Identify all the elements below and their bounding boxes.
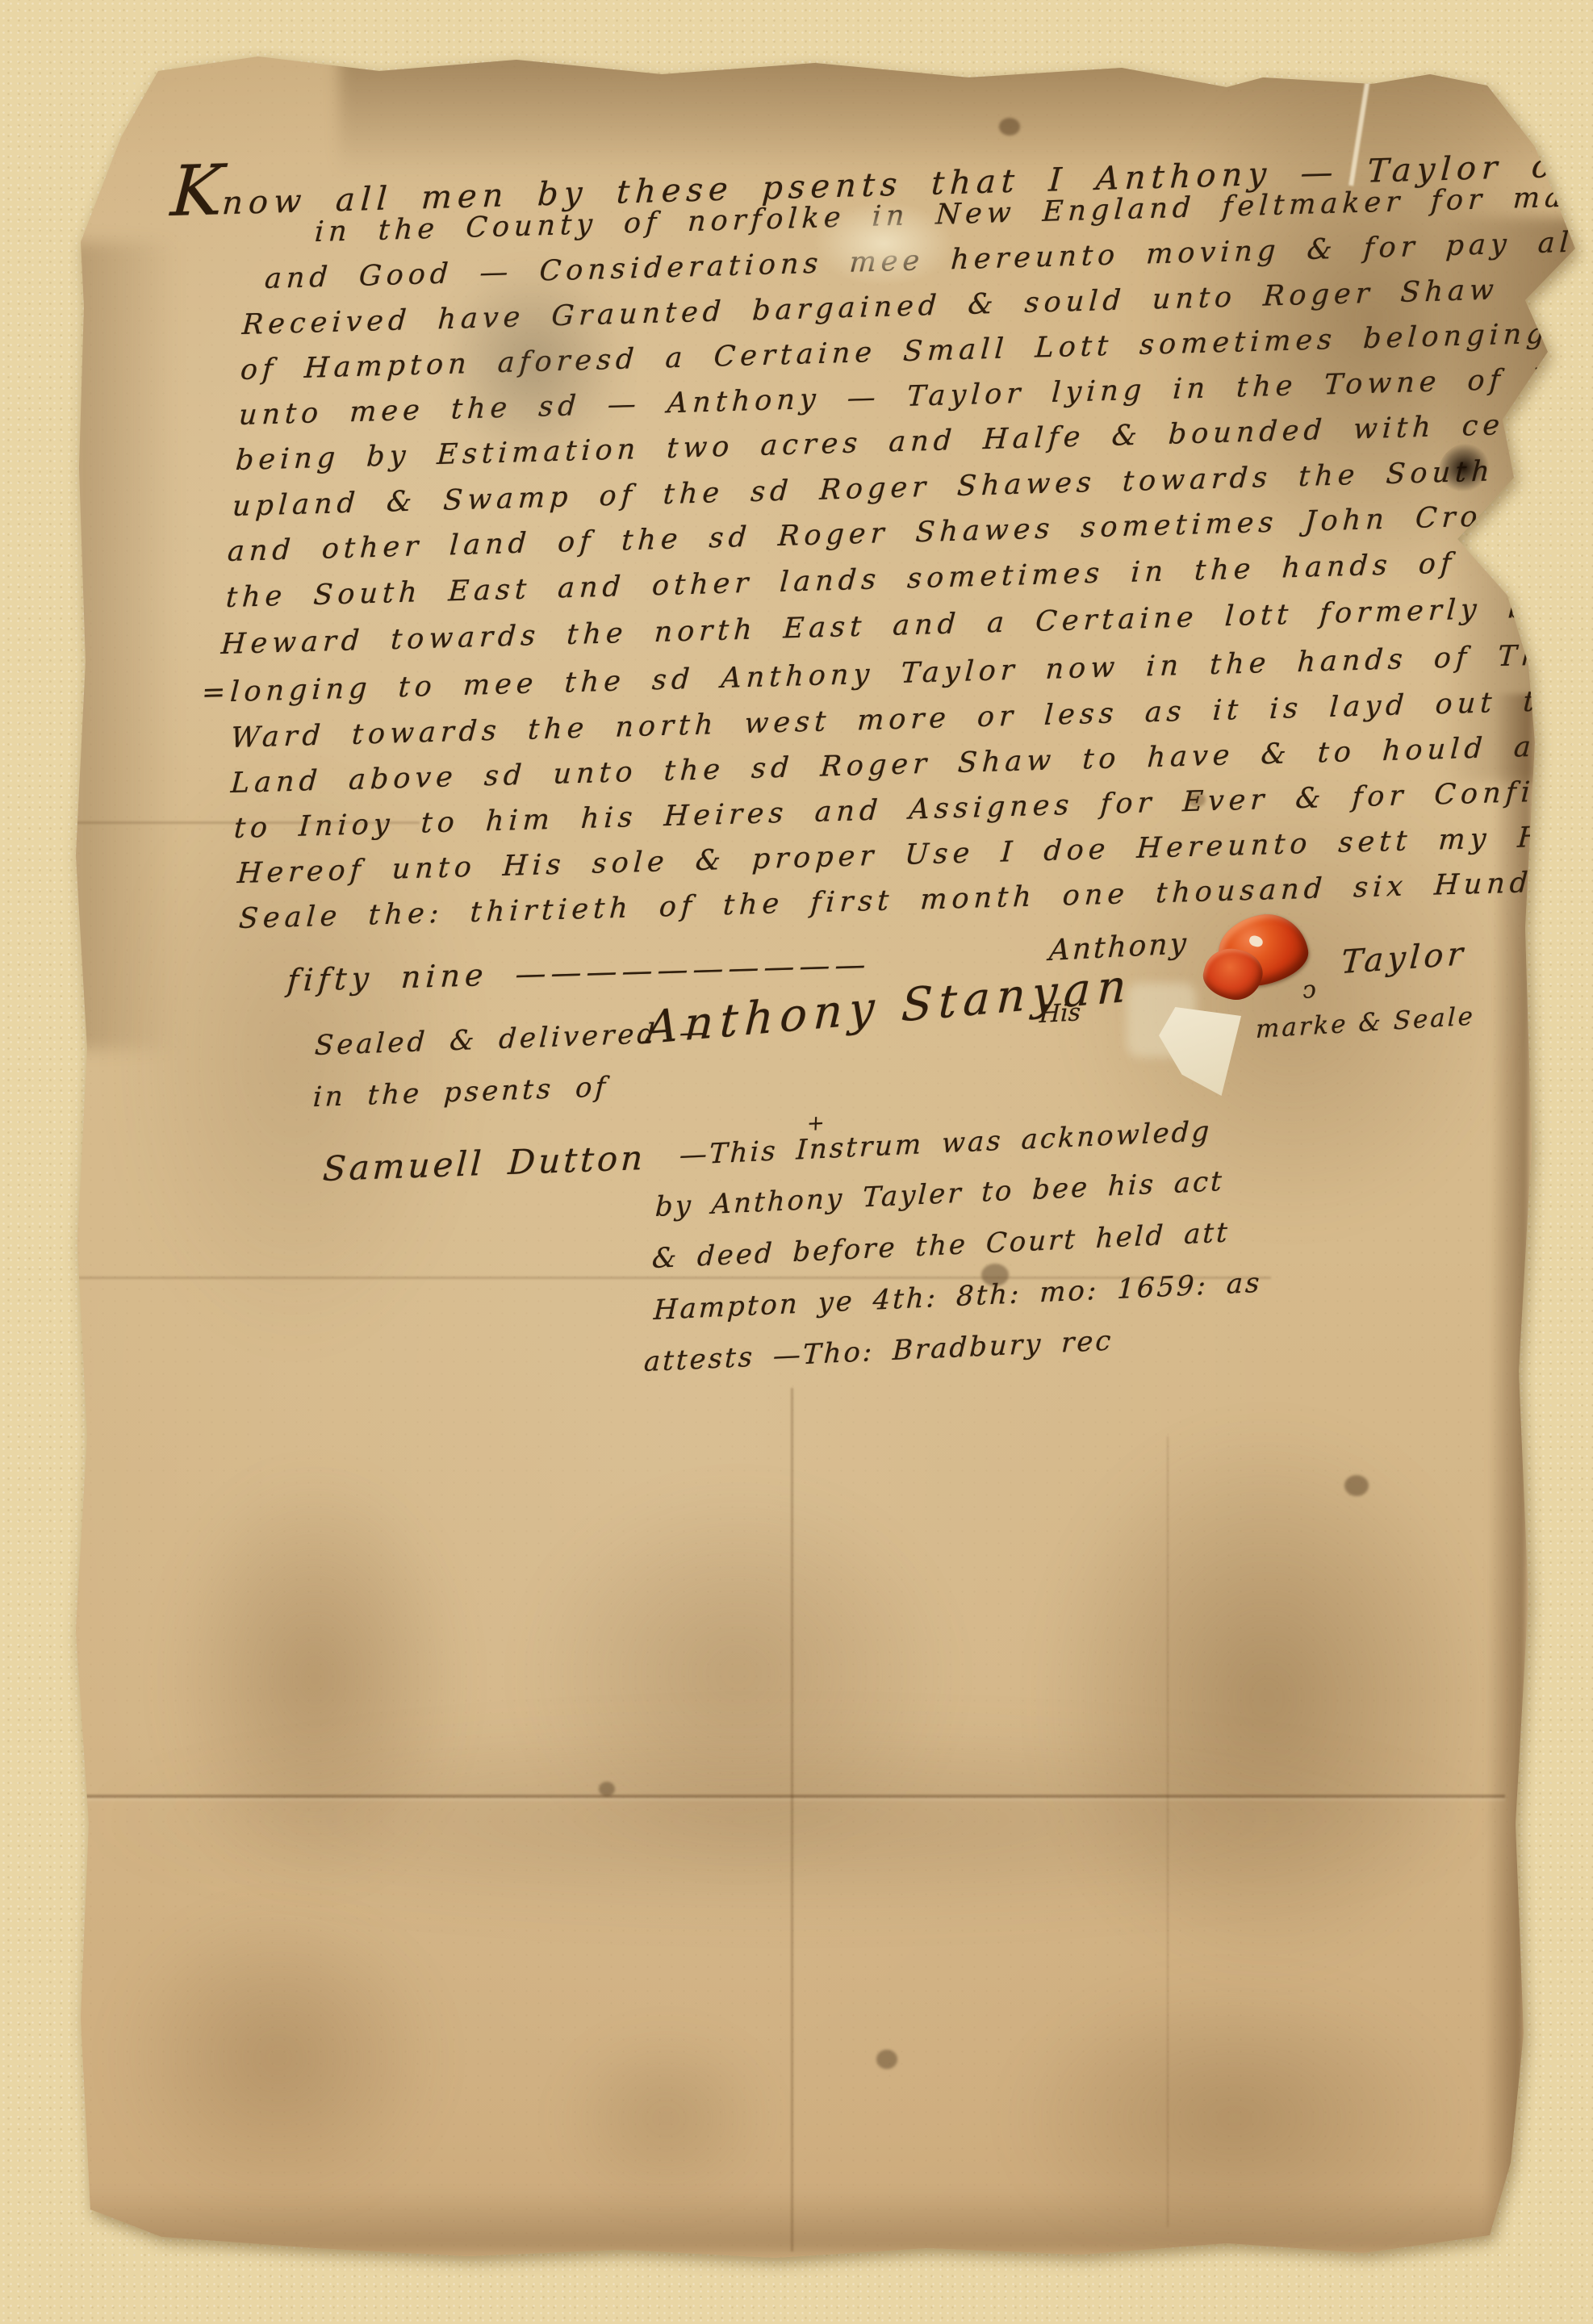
ink-smudge-blot: [440, 262, 625, 464]
foxing-spot: [876, 2050, 897, 2069]
paper-crack: [1348, 54, 1374, 186]
foxing-spot: [599, 1782, 615, 1796]
worn-abrasion-spot: [813, 202, 955, 286]
foxing-spot: [999, 118, 1020, 136]
fold-crease-horizontal: [77, 1795, 1505, 1798]
damage-layer: [0, 0, 1593, 2324]
manuscript-paper: Know all men by these psents that I Anth…: [0, 0, 1593, 2324]
paper-shadow: Know all men by these psents that I Anth…: [0, 0, 1593, 2324]
fold-crease-vertical: [1167, 1436, 1169, 2227]
foxing-spot: [1188, 792, 1206, 807]
fold-crease-horizontal: [73, 821, 420, 824]
foxing-spot: [1344, 1475, 1369, 1496]
ink-blot: [1432, 435, 1505, 500]
red-wax-seal: [1204, 915, 1307, 1007]
foxing-spot: [981, 1264, 1009, 1286]
fold-crease-horizontal: [77, 1277, 1271, 1279]
photograph-of-deed: Know all men by these psents that I Anth…: [0, 0, 1593, 2324]
fold-crease-vertical: [791, 1388, 793, 2251]
